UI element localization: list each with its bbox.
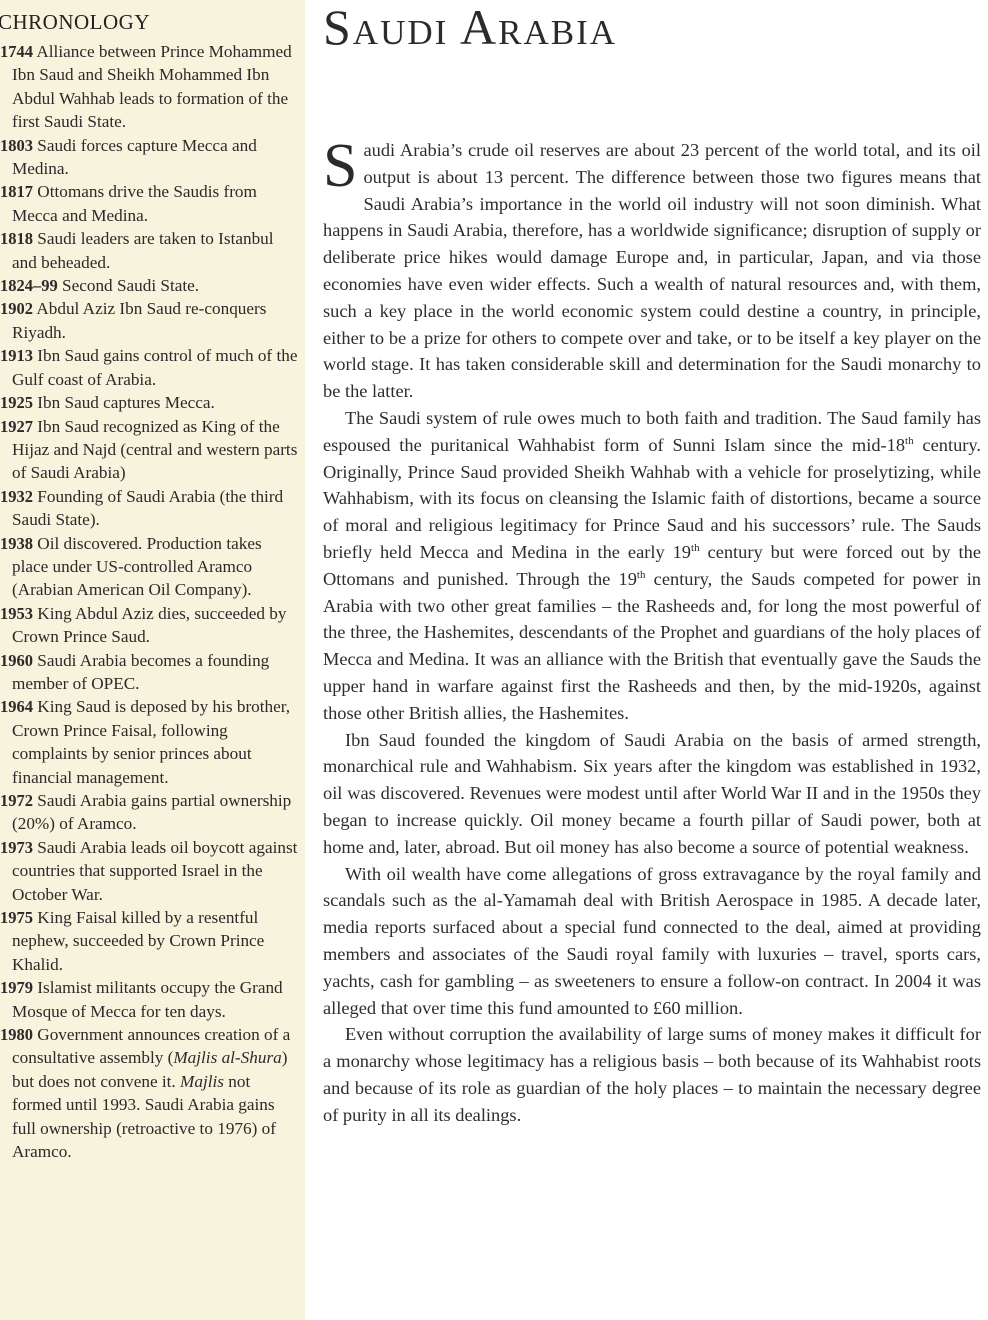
chronology-text: Founding of Saudi Arabia (the third Saud…	[12, 487, 283, 529]
chronology-item: 1972 Saudi Arabia gains partial ownershi…	[0, 789, 299, 836]
chronology-item: 1980 Government announces creation of a …	[0, 1023, 299, 1163]
chronology-text: Alliance between Prince Mohammed Ibn Sau…	[12, 42, 292, 131]
chronology-item: 1960 Saudi Arabia becomes a founding mem…	[0, 649, 299, 696]
chronology-text: Ibn Saud gains control of much of the Gu…	[12, 346, 297, 388]
chronology-item: 1938 Oil discovered. Production takes pl…	[0, 532, 299, 602]
chronology-year: 1980	[0, 1025, 33, 1044]
chronology-text: King Saud is deposed by his brother, Cro…	[12, 697, 290, 786]
chronology-text: Islamist militants occupy the Grand Mosq…	[12, 978, 283, 1020]
paragraph: Saudi Arabia’s crude oil reserves are ab…	[323, 137, 981, 405]
chronology-list: 1744 Alliance between Prince Mohammed Ib…	[0, 40, 299, 1164]
paragraph-text: The Saudi system of rule owes much to bo…	[323, 408, 981, 455]
chronology-item: 1975 King Faisal killed by a resentful n…	[0, 906, 299, 976]
chronology-italic-term: Majlis	[180, 1072, 224, 1091]
paragraph: The Saudi system of rule owes much to bo…	[323, 405, 981, 727]
chronology-item: 1932 Founding of Saudi Arabia (the third…	[0, 485, 299, 532]
chronology-item: 1927 Ibn Saud recognized as King of the …	[0, 415, 299, 485]
chronology-item: 1803 Saudi forces capture Mecca and Medi…	[0, 134, 299, 181]
chronology-item: 1964 King Saud is deposed by his brother…	[0, 695, 299, 789]
chronology-text: Ottomans drive the Saudis from Mecca and…	[12, 182, 257, 224]
chronology-heading: CHRONOLOGY	[0, 10, 299, 34]
chronology-year: 1902	[0, 299, 33, 318]
chronology-item: 1973 Saudi Arabia leads oil boycott agai…	[0, 836, 299, 906]
chronology-year: 1803	[0, 136, 33, 155]
chronology-year: 1972	[0, 791, 33, 810]
main-article: Saudi Arabia Saudi Arabia’s crude oil re…	[323, 0, 981, 52]
drop-cap: S	[323, 141, 357, 191]
paragraph: Even without corruption the availability…	[323, 1021, 981, 1128]
chronology-year: 1824–99	[0, 276, 58, 295]
chronology-italic-term: Majlis al-Shura	[173, 1048, 281, 1067]
chronology-year: 1964	[0, 697, 33, 716]
superscript: th	[905, 435, 914, 447]
chronology-item: 1744 Alliance between Prince Mohammed Ib…	[0, 40, 299, 134]
chronology-year: 1973	[0, 838, 33, 857]
chronology-year: 1744	[0, 42, 33, 61]
page-title: Saudi Arabia	[323, 0, 981, 52]
chronology-text: Oil discovered. Production takes place u…	[12, 534, 262, 600]
paragraph-text: century, the Sauds competed for power in…	[323, 569, 981, 723]
chronology-year: 1979	[0, 978, 33, 997]
chronology-item: 1953 King Abdul Aziz dies, succeeded by …	[0, 602, 299, 649]
chronology-item: 1902 Abdul Aziz Ibn Saud re-conquers Riy…	[0, 297, 299, 344]
paragraph: With oil wealth have come allegations of…	[323, 861, 981, 1022]
chronology-year: 1818	[0, 229, 33, 248]
chronology-text: King Abdul Aziz dies, succeeded by Crown…	[12, 604, 286, 646]
chronology-year: 1913	[0, 346, 33, 365]
chronology-text: Abdul Aziz Ibn Saud re-conquers Riyadh.	[12, 299, 266, 341]
chronology-year: 1938	[0, 534, 33, 553]
chronology-sidebar: CHRONOLOGY 1744 Alliance between Prince …	[0, 0, 305, 1320]
chronology-year: 1960	[0, 651, 33, 670]
article-body: Saudi Arabia’s crude oil reserves are ab…	[323, 137, 981, 1128]
chronology-text: King Faisal killed by a resentful nephew…	[12, 908, 264, 974]
chronology-year: 1925	[0, 393, 33, 412]
chronology-text: Saudi Arabia gains partial ownership (20…	[12, 791, 291, 833]
chronology-year: 1975	[0, 908, 33, 927]
chronology-item: 1817 Ottomans drive the Saudis from Mecc…	[0, 180, 299, 227]
chronology-item: 1818 Saudi leaders are taken to Istanbul…	[0, 227, 299, 274]
chronology-text: Saudi Arabia leads oil boycott against c…	[12, 838, 297, 904]
chronology-text: Saudi Arabia becomes a founding member o…	[12, 651, 269, 693]
chronology-item: 1925 Ibn Saud captures Mecca.	[0, 391, 299, 414]
paragraph: Ibn Saud founded the kingdom of Saudi Ar…	[323, 727, 981, 861]
chronology-item: 1824–99 Second Saudi State.	[0, 274, 299, 297]
chronology-year: 1932	[0, 487, 33, 506]
chronology-text: Ibn Saud captures Mecca.	[37, 393, 215, 412]
chronology-text: Saudi forces capture Mecca and Medina.	[12, 136, 257, 178]
chronology-year: 1817	[0, 182, 33, 201]
chronology-text: Second Saudi State.	[62, 276, 199, 295]
chronology-year: 1953	[0, 604, 33, 623]
chronology-item: 1913 Ibn Saud gains control of much of t…	[0, 344, 299, 391]
chronology-year: 1927	[0, 417, 33, 436]
chronology-text: Saudi leaders are taken to Istanbul and …	[12, 229, 274, 271]
chronology-text: Ibn Saud recognized as King of the Hijaz…	[12, 417, 297, 483]
superscript: th	[691, 542, 700, 554]
chronology-item: 1979 Islamist militants occupy the Grand…	[0, 976, 299, 1023]
paragraph-text: audi Arabia’s crude oil reserves are abo…	[323, 140, 981, 401]
